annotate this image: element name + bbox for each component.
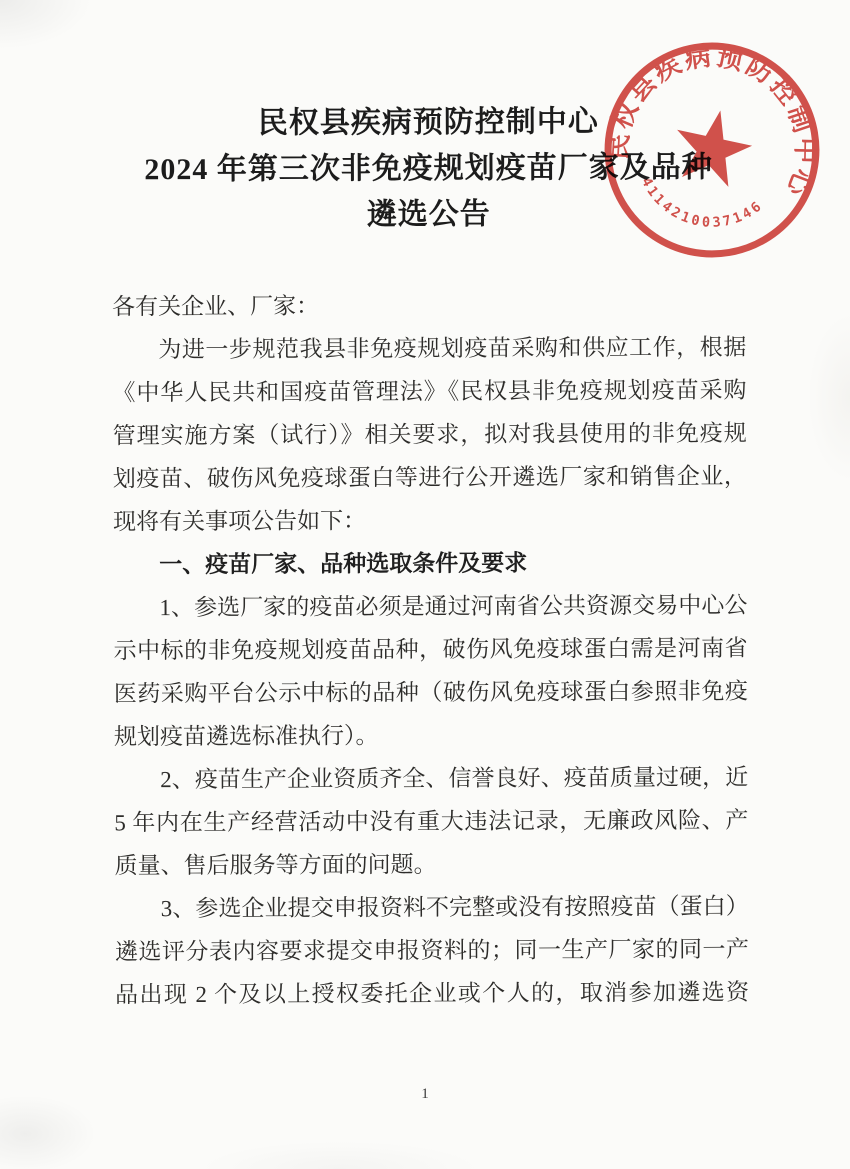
text-line: 3、参选企业提交申报资料不完整或没有按照疫苗（蛋白） [115,885,749,931]
paragraph: 2、疫苗生产企业资质齐全、信誉良好、疫苗质量过硬，近 5 年内在生产经营活动中没… [114,756,749,888]
document-title-line-2: 2024 年第三次非免疫规划疫苗厂家及品种 [111,145,745,194]
document-page: 民权县疾病预防控制中心 2024 年第三次非免疫规划疫苗厂家及品种 遴选公告 各… [0,0,850,1169]
document-title: 民权县疾病预防控制中心 2024 年第三次非免疫规划疫苗厂家及品种 遴选公告 [111,0,746,239]
document-body: 各有关企业、厂家： 为进一步规范我县非免疫规划疫苗采购和供应工作，根据 《中华人… [112,283,749,1017]
document-title-line-1: 民权县疾病预防控制中心 [111,99,745,148]
paragraph: 3、参选企业提交申报资料不完整或没有按照疫苗（蛋白） 遴选评分表内容要求提交申报… [115,885,750,1017]
text-line: 划疫苗、破伤风免疫球蛋白等进行公开遴选厂家和销售企业， [113,455,747,501]
paragraph: 为进一步规范我县非免疫规划疫苗采购和供应工作，根据 《中华人民共和国疫苗管理法》… [112,326,747,544]
document-content: 民权县疾病预防控制中心 2024 年第三次非免疫规划疫苗厂家及品种 遴选公告 各… [111,0,749,1016]
text-line: 规划疫苗遴选标准执行）。 [114,713,748,759]
text-line: 管理实施方案（试行）》相关要求，拟对我县使用的非免疫规 [113,412,747,458]
text-line: 《中华人民共和国疫苗管理法》《民权县非免疫规划疫苗采购 [112,369,746,415]
document-title-line-3: 遴选公告 [112,191,746,240]
text-line: 5 年内在生产经营活动中没有重大违法记录，无廉政风险、产品 [114,799,748,845]
text-line: 品出现 2 个及以上授权委托企业或个人的，取消参加遴选资格。 [115,971,749,1017]
text-line: 2、疫苗生产企业资质齐全、信誉良好、疫苗质量过硬，近 [114,756,748,802]
page-number: 1 [0,1086,850,1103]
salutation-line: 各有关企业、厂家： [112,283,746,329]
text-line: 为进一步规范我县非免疫规划疫苗采购和供应工作，根据 [112,326,746,372]
text-line: 遴选评分表内容要求提交申报资料的；同一生产厂家的同一产 [115,928,749,974]
section-heading: 一、疫苗厂家、品种选取条件及要求 [113,541,747,587]
text-line: 现将有关事项公告如下： [113,498,747,544]
paragraph: 1、参选厂家的疫苗必须是通过河南省公共资源交易中心公 示中标的非免疫规划疫苗品种… [113,584,748,759]
text-line: 1、参选厂家的疫苗必须是通过河南省公共资源交易中心公 [113,584,747,630]
paragraph: 一、疫苗厂家、品种选取条件及要求 [113,541,747,587]
text-line: 示中标的非免疫规划疫苗品种，破伤风免疫球蛋白需是河南省 [114,627,748,673]
text-line: 医药采购平台公示中标的品种（破伤风免疫球蛋白参照非免疫 [114,670,748,716]
text-line: 质量、售后服务等方面的问题。 [114,842,748,888]
